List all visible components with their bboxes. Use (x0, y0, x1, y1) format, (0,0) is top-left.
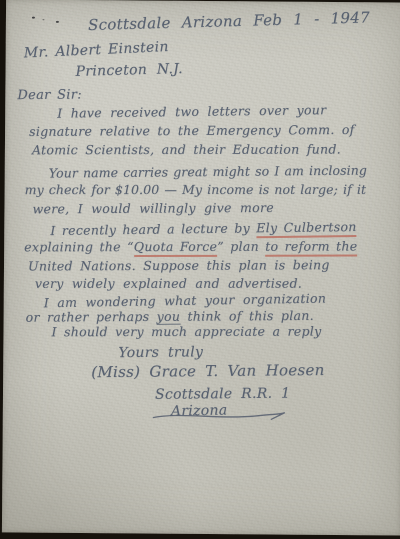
pencil-specks (32, 17, 35, 19)
body-line-2: signature relative to the Emergency Comm… (29, 122, 355, 139)
signature-address-1: Scottsdale R.R. 1 (155, 386, 290, 403)
salutation: Dear Sir: (17, 87, 82, 103)
body-line-12-post: think of this plan. (180, 308, 314, 324)
body-line-12-text: or rather perhaps (26, 309, 157, 325)
body-line-7: I recently heard a lecture by Ely Culber… (50, 219, 356, 238)
body-line-9: United Nations. Suppose this plan is bei… (28, 257, 330, 273)
red-underlined-ely-culbertson: Ely Culbertson (256, 219, 357, 238)
red-underlined-to-reform-the: to reform the (265, 238, 357, 256)
body-line-1: I have received two letters over your (57, 102, 326, 121)
body-line-10: very widely explained and advertised. (35, 276, 302, 291)
body-line-4: Your name carries great might so I am in… (49, 163, 367, 181)
recipient-name: Mr. Albert Einstein (23, 39, 169, 61)
body-line-8: explaining the “Quota Force” plan to ref… (24, 238, 357, 254)
letter-paper: Scottsdale Arizona Feb 1 - 1947 Mr. Albe… (2, 0, 400, 536)
signature-flourish (151, 409, 287, 424)
recipient-address: Princeton N.J. (75, 61, 183, 80)
body-line-6: were, I would willingly give more (32, 200, 274, 216)
body-line-8-mid: ” plan (217, 239, 265, 254)
body-line-8-text: explaining the “ (24, 239, 134, 254)
body-line-3: Atomic Scientists, and their Education f… (32, 141, 341, 157)
body-line-12: or rather perhaps you think of this plan… (26, 308, 314, 325)
valediction: Yours truly (118, 344, 203, 361)
red-underlined-quota-force: Quota Force (134, 239, 218, 257)
underlined-you: you (157, 309, 181, 325)
signature-name: (Miss) Grace T. Van Hoesen (91, 361, 325, 381)
body-line-13: I should very much appreciate a reply (51, 324, 321, 340)
body-line-7-text: I recently heard a lecture by (50, 220, 256, 238)
dateline: Scottsdale Arizona Feb 1 - 1947 (88, 8, 370, 34)
body-line-5: my check for $10.00 — My income is not l… (25, 182, 367, 197)
